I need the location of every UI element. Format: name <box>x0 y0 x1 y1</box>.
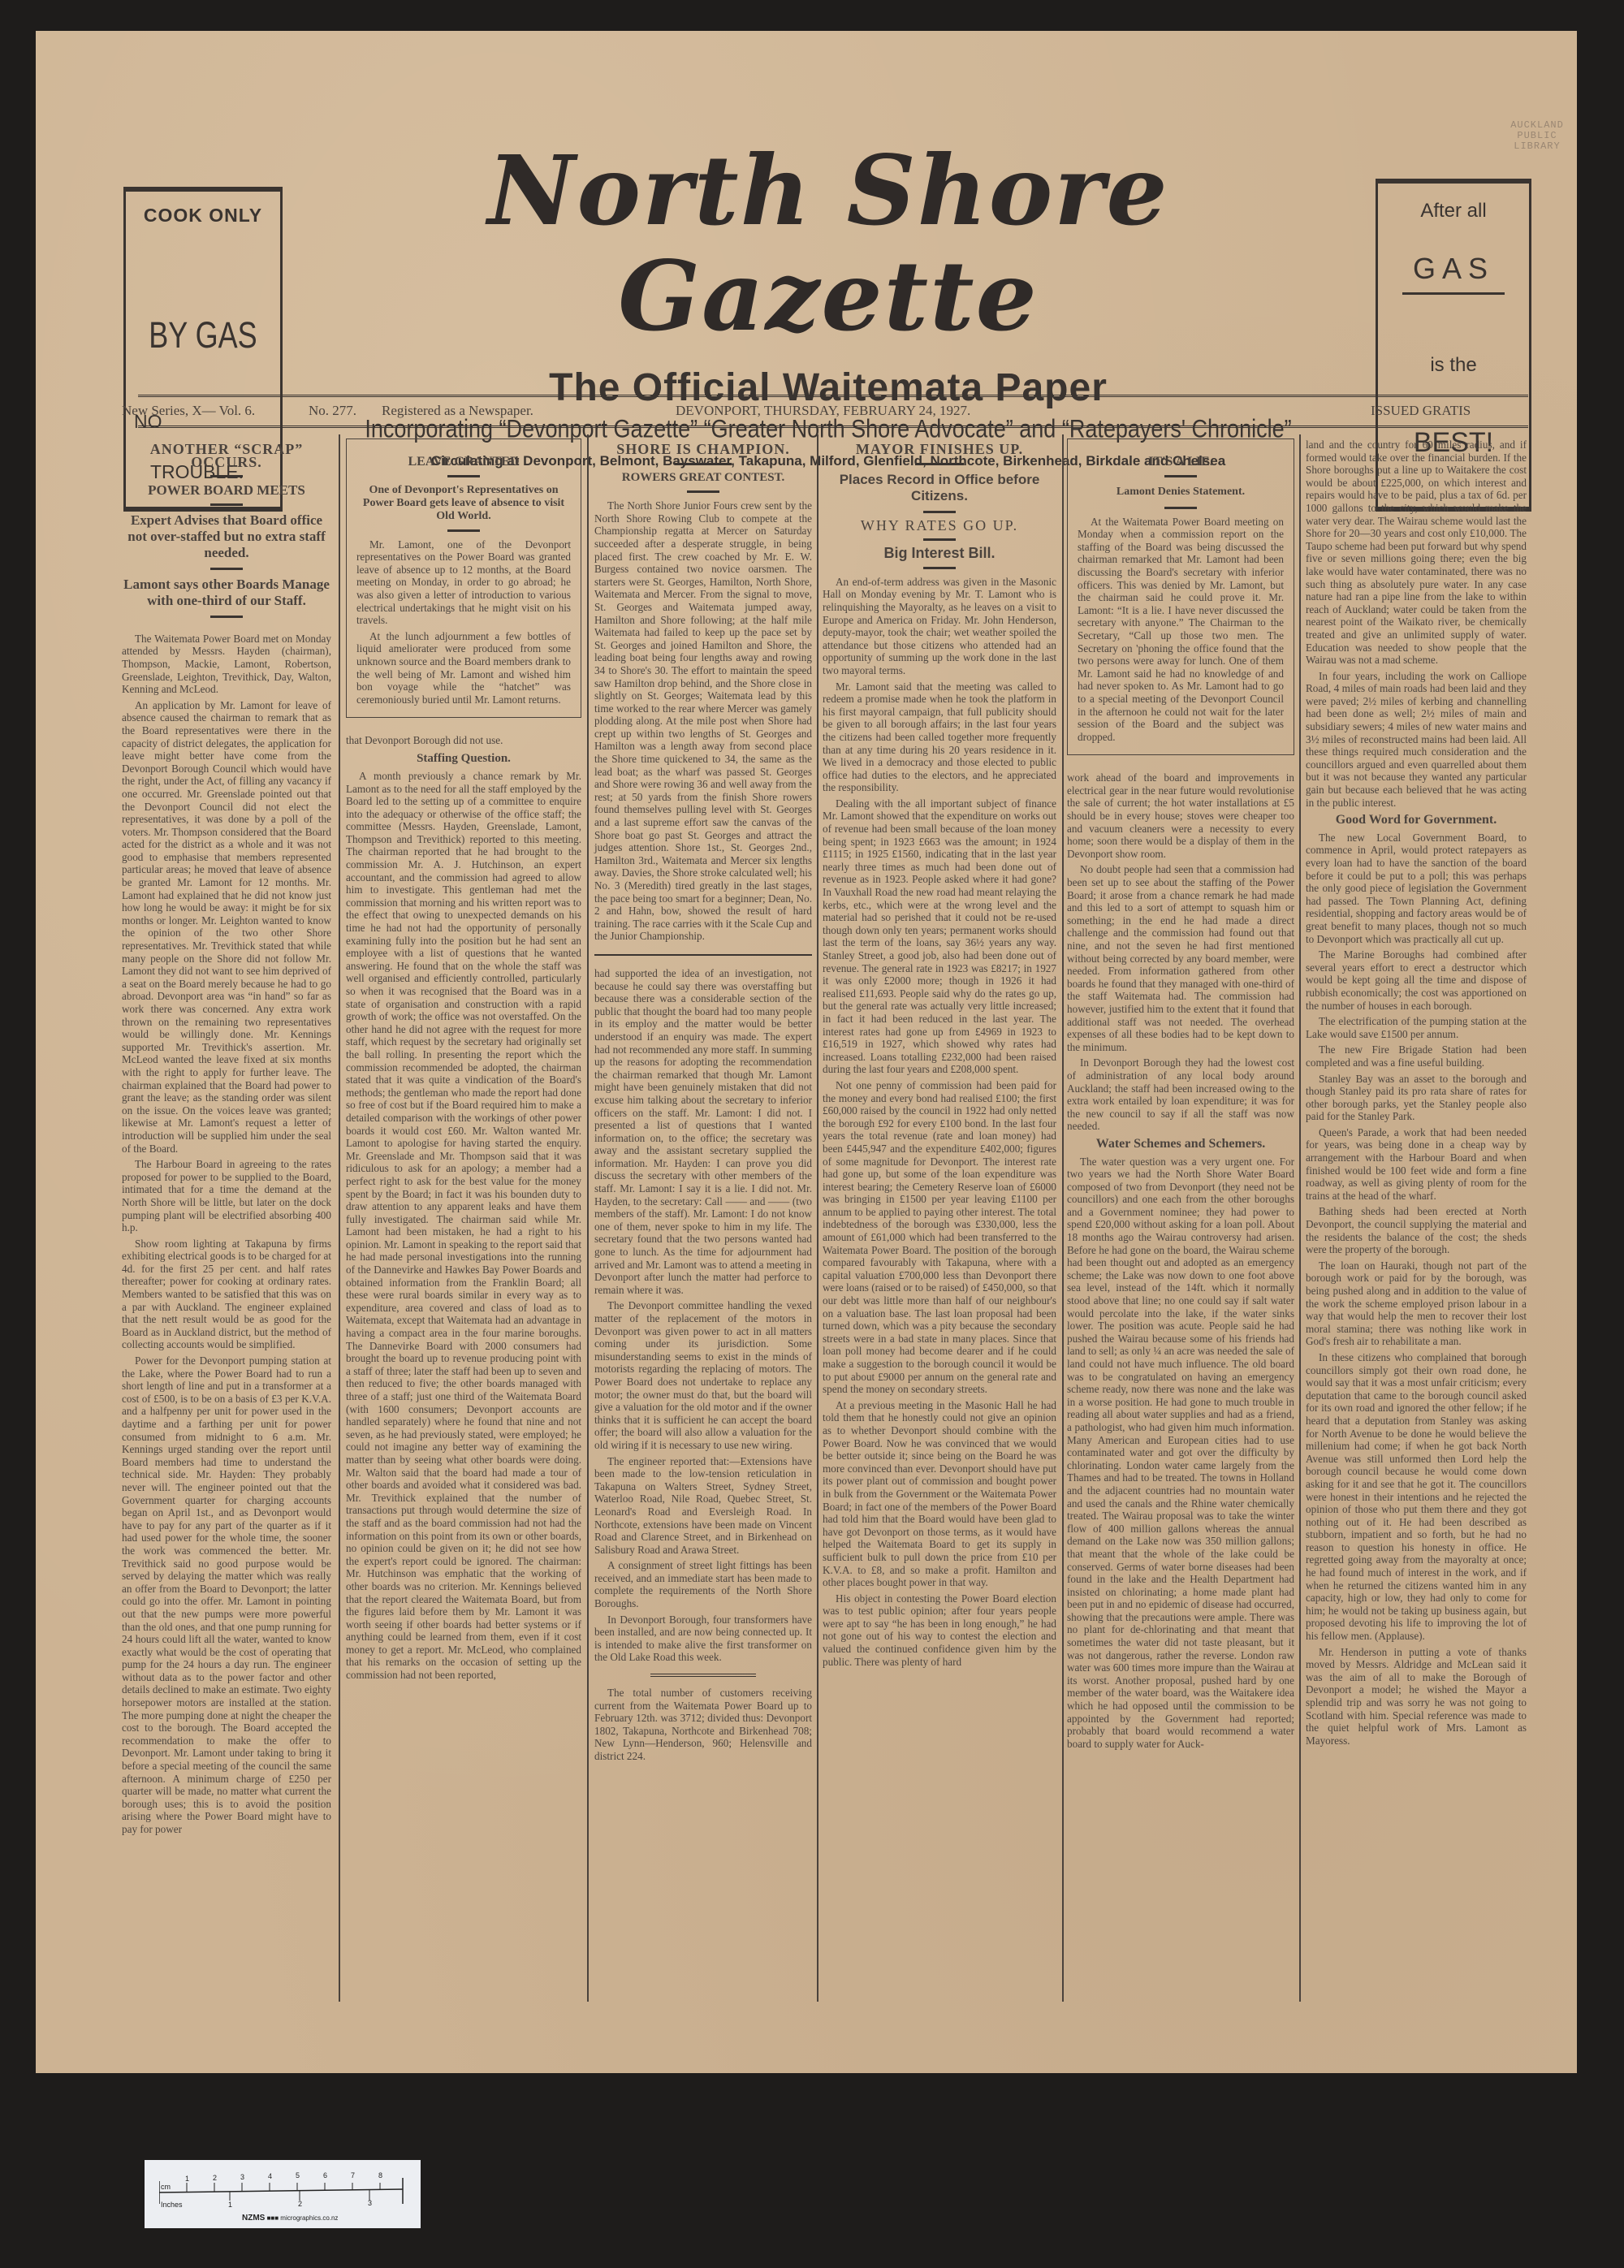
article-paragraph: The Waitemata Power Board met on Monday … <box>122 633 331 696</box>
leave-granted-box: LEAVE GRANTED One of Devonport's Represe… <box>346 438 581 718</box>
divider <box>210 503 243 506</box>
ad-text: After all <box>1378 200 1529 222</box>
article-paragraph: An application by Mr. Lamont for leave o… <box>122 699 331 1155</box>
article-paragraph: No doubt people had seen that a commissi… <box>1067 863 1294 1053</box>
divider <box>1164 507 1197 509</box>
scale-ruler: cm Inches 1 2 3 4 5 6 7 8 1 2 3 NZMS ■■■… <box>145 2160 421 2228</box>
column-2: LEAVE GRANTED One of Devonport's Represe… <box>346 438 581 1685</box>
divider <box>923 511 956 513</box>
article-paragraph: The Harbour Board in agreeing to the rat… <box>122 1158 331 1234</box>
masthead-rule <box>138 395 1528 397</box>
article-paragraph: The engineer reported that:—Extensions h… <box>594 1455 812 1557</box>
its-a-lie-box: IT'S A LIE. Lamont Denies Statement. At … <box>1067 438 1294 755</box>
column-4: MAYOR FINISHES UP. Places Record in Offi… <box>823 438 1056 1671</box>
subhead-interest: Big Interest Bill. <box>823 547 1056 560</box>
subhead-expert: Expert Advises that Board office not ove… <box>122 512 331 561</box>
article-paragraph: In Devonport Borough they had the lowest… <box>1067 1056 1294 1133</box>
article-paragraph: Mr. Lamont, one of the Devonport represe… <box>356 538 571 627</box>
article-paragraph: Not one penny of commission had been pai… <box>823 1079 1056 1396</box>
divider <box>923 567 956 569</box>
column-divider <box>587 434 589 2002</box>
ruler-tick-label: 6 <box>323 2171 327 2179</box>
article-paragraph: land and the country for 60 miles radius… <box>1306 438 1527 667</box>
article-paragraph: Queen's Parade, a work that had been nee… <box>1306 1126 1527 1203</box>
section-rule <box>650 1674 756 1677</box>
place-date: DEVONPORT, THURSDAY, FEBRUARY 24, 1927. <box>676 403 970 419</box>
article-paragraph: The Marine Boroughs had combined after s… <box>1306 948 1527 1012</box>
article-paragraph: The new Local Government Board, to comme… <box>1306 832 1527 945</box>
article-paragraph: The electrification of the pumping stati… <box>1306 1015 1527 1040</box>
subhead-leave: One of Devonport's Representatives on Po… <box>356 484 571 523</box>
subhead-government: Good Word for Government. <box>1306 814 1527 827</box>
article-paragraph: In Devonport Borough, four transformers … <box>594 1614 812 1664</box>
article-paragraph: The Devonport committee handling the vex… <box>594 1299 812 1451</box>
article-paragraph: Stanley Bay was an asset to the borough … <box>1306 1073 1527 1123</box>
registered-note: Registered as a Newspaper. <box>382 403 533 419</box>
divider <box>687 490 719 493</box>
article-paragraph: The loan on Hauraki, though not part of … <box>1306 1259 1527 1348</box>
divider <box>1164 475 1197 477</box>
ruler-tick-label: 4 <box>268 2172 272 2180</box>
ruler-tick-label: 1 <box>185 2175 189 2183</box>
article-divider <box>594 954 812 956</box>
ad-text: BY GAS <box>126 314 280 357</box>
subhead-rowers: ROWERS GREAT CONTEST. <box>594 472 812 485</box>
ruler-tick-label: 7 <box>351 2171 355 2179</box>
ad-text: is the <box>1378 354 1529 377</box>
ruler-tick-label: 2 <box>213 2174 217 2182</box>
brand-site: micrographics.co.nz <box>280 2214 338 2222</box>
article-paragraph: Show room lighting at Takapuna by firms … <box>122 1238 331 1351</box>
issued-gratis: ISSUED GRATIS <box>1371 403 1471 419</box>
article-paragraph: His object in contesting the Power Board… <box>823 1592 1056 1669</box>
article-paragraph: had supported the idea of an investigati… <box>594 967 812 1296</box>
article-paragraph: At the Waitemata Power Board meeting on … <box>1078 516 1284 744</box>
article-paragraph: The total number of customers receiving … <box>594 1687 812 1763</box>
article-paragraph: The North Shore Junior Fours crew sent b… <box>594 499 812 943</box>
article-paragraph: At a previous meeting in the Masonic Hal… <box>823 1399 1056 1589</box>
stamp-line: PUBLIC LIBRARY <box>1497 131 1577 152</box>
library-stamp: AUCKLAND PUBLIC LIBRARY <box>1497 120 1577 152</box>
dateline-rule <box>138 426 1528 428</box>
subhead-power-board: POWER BOARD MEETS <box>122 484 331 497</box>
column-divider <box>1299 434 1301 2002</box>
article-paragraph: The new Fire Brigade Station had been co… <box>1306 1043 1527 1069</box>
article-paragraph: In four years, including the work on Cal… <box>1306 670 1527 810</box>
ruler-tick-label: 3 <box>368 2199 372 2207</box>
dateline: New Series, X— Vol. 6. No. 277. Register… <box>122 403 1527 422</box>
ruler-scale-icon <box>159 2176 411 2209</box>
article-paragraph: A consignment of street light fittings h… <box>594 1559 812 1609</box>
subhead-places-record: Places Record in Office before Citizens. <box>823 472 1056 504</box>
column-divider <box>817 434 818 2002</box>
subhead-water: Water Schemes and Schemers. <box>1067 1138 1294 1151</box>
headline-mayor: MAYOR FINISHES UP. <box>823 443 1056 456</box>
ruler-inches-label: Inches <box>161 2201 183 2209</box>
ruler-tick-label: 1 <box>228 2201 232 2209</box>
ruler-tick-label: 2 <box>298 2200 302 2208</box>
divider <box>447 475 480 477</box>
divider <box>923 538 956 541</box>
subhead-staffing: Staffing Question. <box>346 750 581 767</box>
article-paragraph: Dealing with the all important subject o… <box>823 797 1056 1076</box>
article-paragraph: Mr. Lamont said that the meeting was cal… <box>823 680 1056 794</box>
article-paragraph: Bathing sheds had been erected at North … <box>1306 1205 1527 1255</box>
article-paragraph: that Devonport Borough did not use. <box>346 734 581 747</box>
brand-name: NZMS <box>242 2214 265 2223</box>
divider <box>210 616 243 618</box>
issue-number: No. 277. <box>309 403 356 419</box>
divider <box>210 475 243 477</box>
article-paragraph: In these citizens who complained that bo… <box>1306 1351 1527 1643</box>
article-paragraph: Power for the Devonport pumping station … <box>122 1354 331 1836</box>
headline-lie: IT'S A LIE. <box>1078 456 1284 469</box>
subhead-lamont: Lamont says other Boards Manage with one… <box>122 577 331 609</box>
newspaper-title: North Shore Gazette <box>292 138 1364 349</box>
column-divider <box>1062 434 1064 2002</box>
article-paragraph: Mr. Henderson in putting a vote of thank… <box>1306 1646 1527 1747</box>
ruler-tick-label: 8 <box>378 2171 382 2179</box>
article-paragraph: An end-of-term address was given in the … <box>823 576 1056 677</box>
column-divider <box>339 434 340 2002</box>
subhead-denies: Lamont Denies Statement. <box>1078 484 1284 500</box>
column-1: ANOTHER “SCRAP” OCCURS. POWER BOARD MEET… <box>122 438 331 1839</box>
ruler-brand: NZMS ■■■ micrographics.co.nz <box>242 2214 338 2223</box>
divider <box>915 463 964 465</box>
ruler-tick-label: 3 <box>240 2173 244 2181</box>
divider <box>447 529 480 532</box>
article-paragraph: The water question was a very urgent one… <box>1067 1156 1294 1751</box>
series-volume: New Series, X— Vol. 6. <box>122 403 255 419</box>
divider <box>675 463 732 465</box>
ruler-cm-label: cm <box>161 2183 171 2191</box>
divider <box>210 568 243 570</box>
column-6: land and the country for 60 miles radius… <box>1306 438 1527 1750</box>
ruler-tick-label: 5 <box>296 2171 300 2179</box>
headline-shore: SHORE IS CHAMPION. <box>594 443 812 456</box>
article-paragraph: A month previously a chance remark by Mr… <box>346 770 581 1682</box>
column-5: IT'S A LIE. Lamont Denies Statement. At … <box>1067 438 1294 1753</box>
subhead-rates: WHY RATES GO UP. <box>823 520 1056 533</box>
article-paragraph: work ahead of the board and improvements… <box>1067 771 1294 860</box>
headline-leave: LEAVE GRANTED <box>356 456 571 469</box>
ad-text: GAS <box>1402 252 1505 295</box>
headline-scrap: ANOTHER “SCRAP” OCCURS. <box>122 443 331 469</box>
column-3: SHORE IS CHAMPION. ROWERS GREAT CONTEST.… <box>594 438 812 1766</box>
ad-text: COOK ONLY <box>126 205 280 227</box>
article-paragraph: At the lunch adjournment a few bottles o… <box>356 630 571 706</box>
